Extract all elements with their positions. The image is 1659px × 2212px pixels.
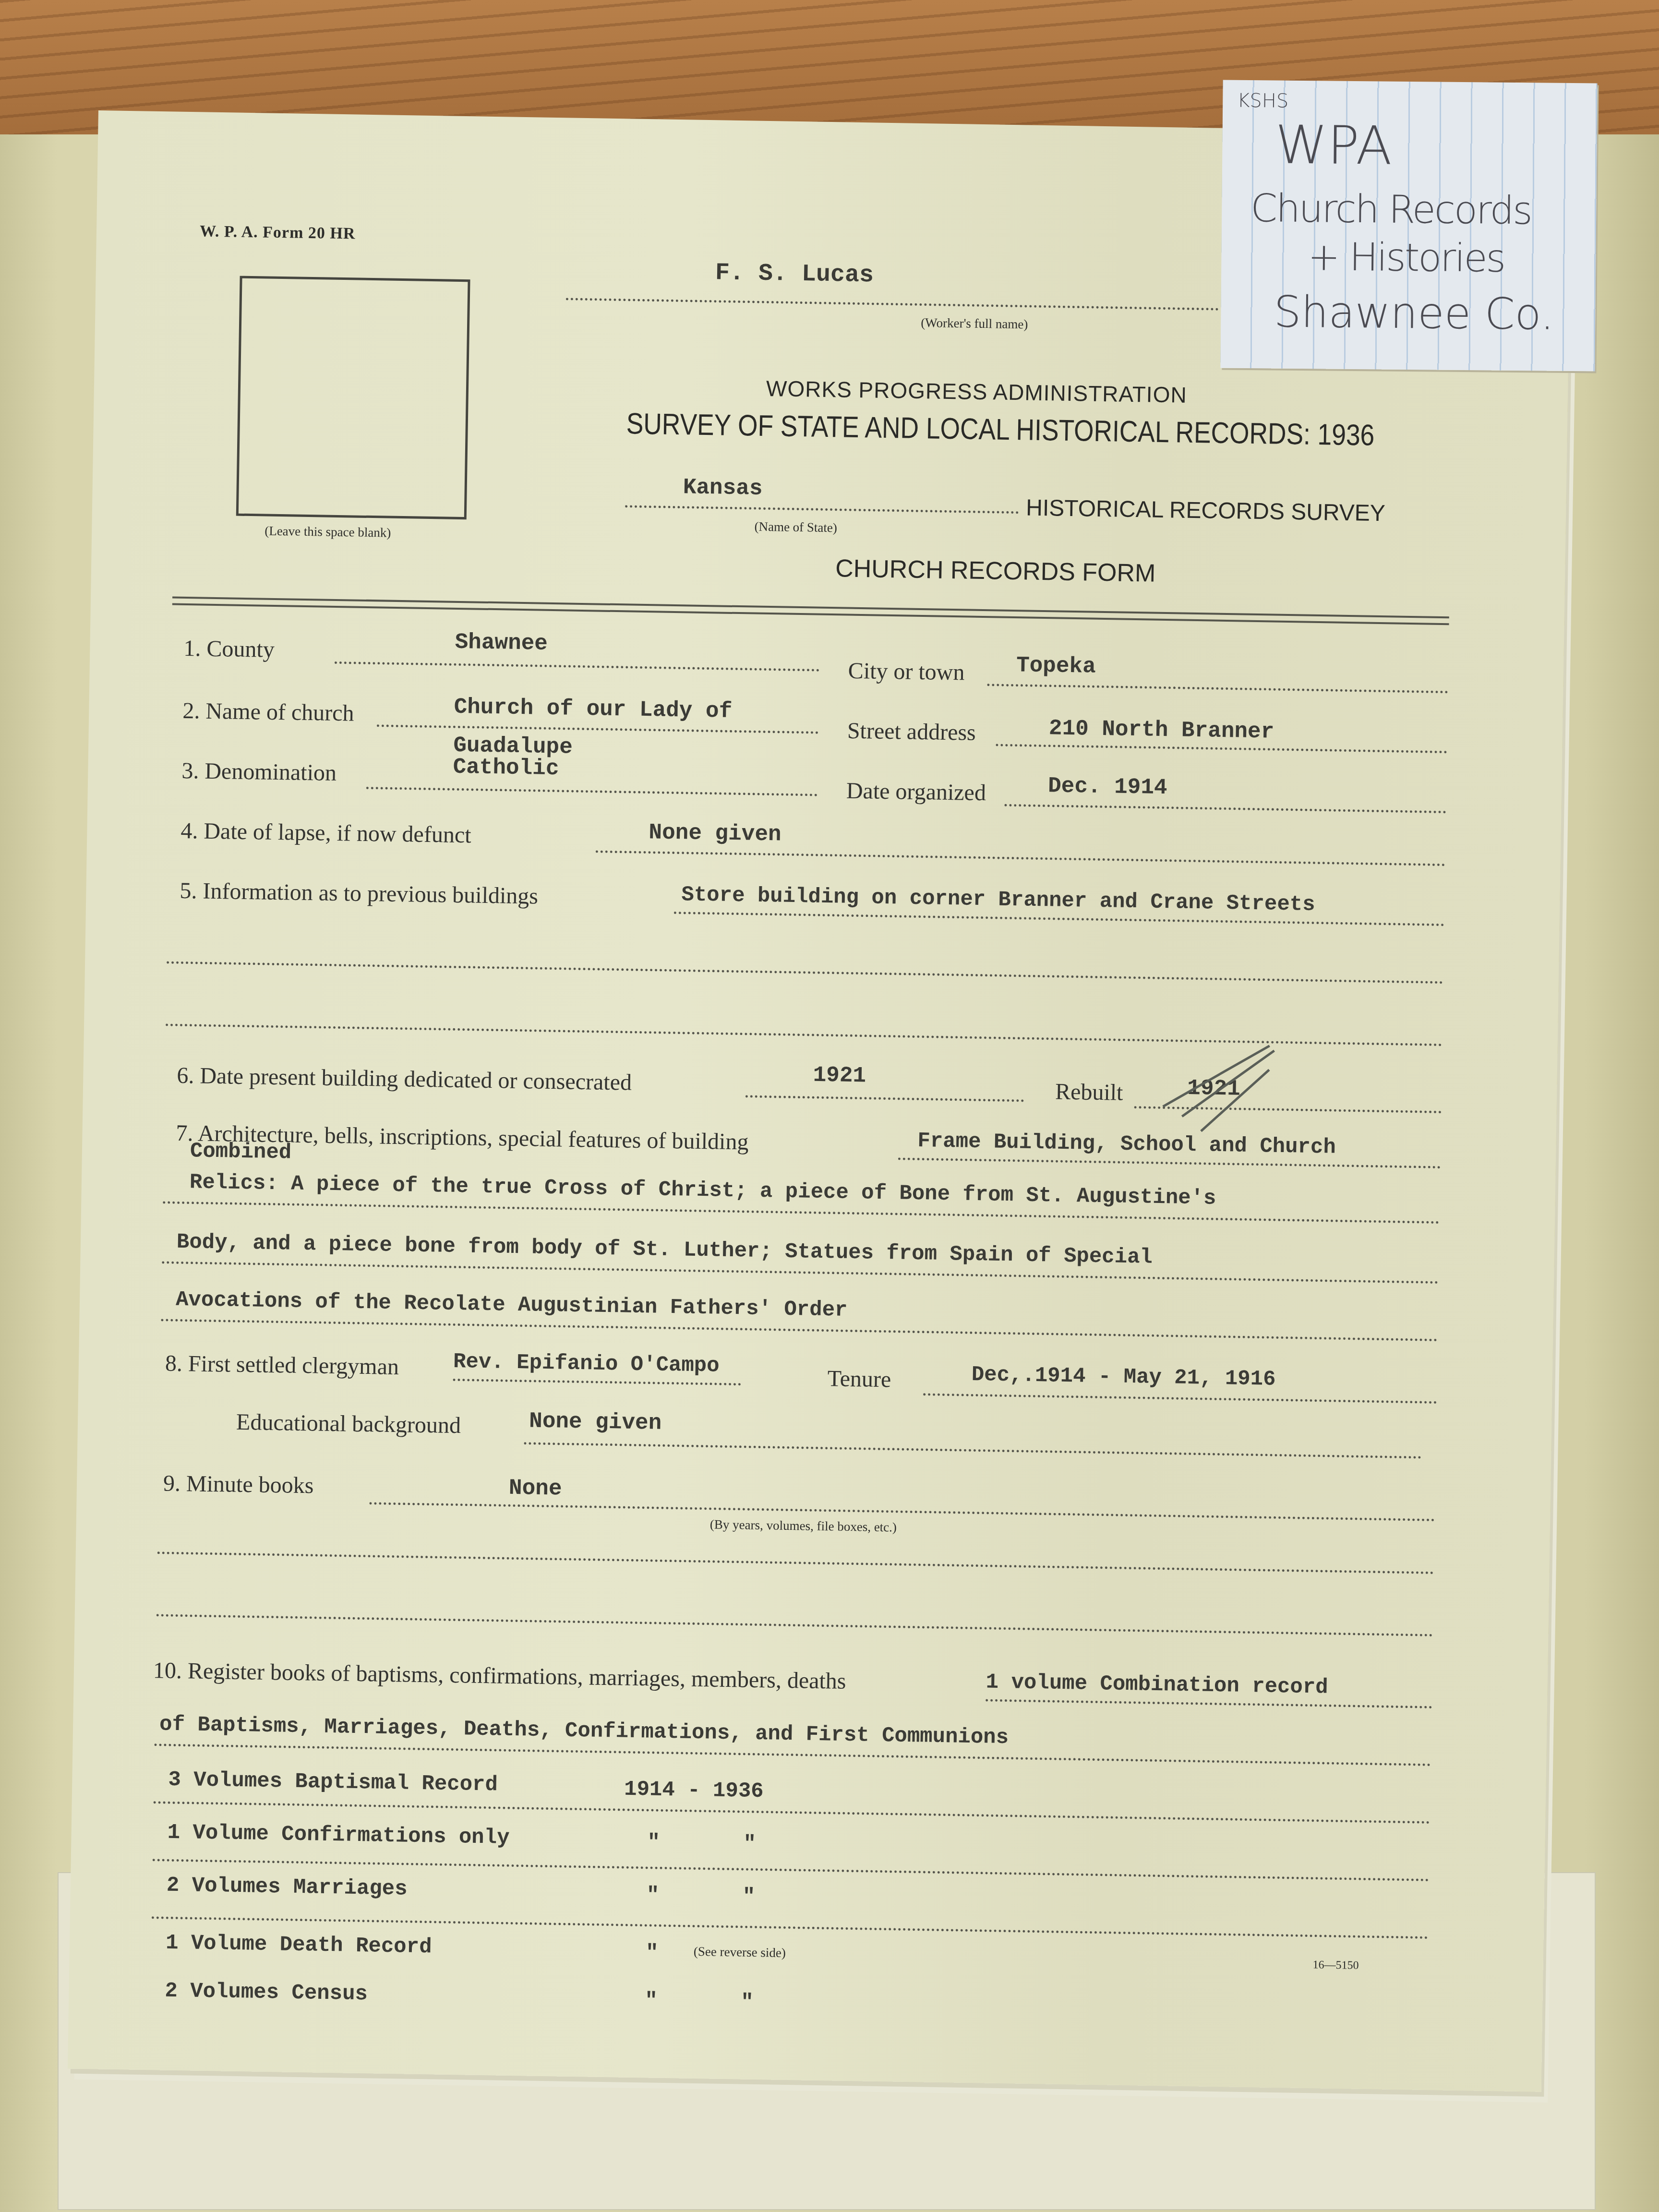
- architecture-line-4: [161, 1319, 1438, 1341]
- form-code: 16—5150: [1312, 1959, 1358, 1972]
- date-organized-value[interactable]: Dec. 1914: [1048, 773, 1167, 800]
- tenure-value[interactable]: Dec,.1914 - May 21, 1916: [971, 1363, 1275, 1392]
- architecture-line: [898, 1157, 1441, 1168]
- denomination-line: [366, 787, 817, 796]
- volume-row-line: [154, 1801, 1431, 1824]
- architecture-line-3: [162, 1261, 1439, 1284]
- minute-books-label: 9. Minute books: [163, 1470, 314, 1499]
- tenure-label: Tenure: [827, 1365, 891, 1393]
- volume-row-desc: 1 Volume Confirmations only: [167, 1821, 510, 1850]
- first-clergyman-value[interactable]: Rev. Epifanio O'Campo: [453, 1350, 720, 1378]
- architecture-line-2: [163, 1201, 1440, 1224]
- volume-row-desc: 2 Volumes Marriages: [167, 1874, 408, 1901]
- first-clergyman-label: 8. First settled clergyman: [165, 1350, 399, 1381]
- city-line: [987, 684, 1448, 693]
- architecture-value-line4[interactable]: Avocations of the Recolate Augustinian F…: [176, 1288, 848, 1322]
- see-reverse-note: (See reverse side): [694, 1944, 786, 1960]
- register-books-value-line2[interactable]: of Baptisms, Marriages, Deaths, Confirma…: [159, 1712, 1009, 1750]
- register-books-line: [986, 1699, 1432, 1708]
- ditto-mark: ": [646, 1883, 659, 1907]
- architecture-value-line1b[interactable]: Combined: [190, 1139, 292, 1165]
- street-line: [996, 744, 1447, 754]
- sticky-note-line: + Histories: [1308, 234, 1505, 281]
- church-name-label: 2. Name of church: [182, 697, 354, 727]
- street-value[interactable]: 210 North Branner: [1049, 716, 1274, 744]
- county-line: [335, 661, 819, 672]
- education-value[interactable]: None given: [529, 1408, 662, 1435]
- register-books-line-2: [154, 1743, 1431, 1766]
- date-organized-label: Date organized: [846, 778, 986, 806]
- date-dedicated-value[interactable]: 1921: [813, 1063, 866, 1089]
- first-clergyman-line: [453, 1379, 741, 1385]
- register-books-label: 10. Register books of baptisms, confirma…: [153, 1657, 846, 1695]
- previous-buildings-label: 5. Information as to previous buildings: [180, 878, 538, 910]
- volume-row-desc: 2 Volumes Census: [165, 1979, 368, 2007]
- church-records-form-sheet: W. P. A. Form 20 HR (Leave this space bl…: [68, 110, 1572, 2092]
- survey-title: SURVEY OF STATE AND LOCAL HISTORICAL REC…: [626, 407, 1375, 452]
- church-name-value-line1[interactable]: Church of our Lady of: [454, 695, 732, 724]
- county-label: 1. County: [183, 635, 275, 663]
- photo-box-caption: (Leave this space blank): [264, 524, 391, 541]
- sticky-note-line: Church Records: [1250, 186, 1531, 233]
- state-caption: (Name of State): [754, 519, 837, 536]
- photo-placeholder-box: [236, 276, 470, 519]
- pencil-strike-mark-icon: [1153, 1039, 1279, 1137]
- previous-buildings-line-2: [167, 961, 1443, 984]
- city-value[interactable]: Topeka: [1016, 653, 1096, 679]
- education-label: Educational background: [236, 1409, 461, 1439]
- ditto-mark: ": [742, 1885, 755, 1909]
- minute-books-line: [369, 1502, 1435, 1521]
- agency-heading: WORKS PROGRESS ADMINISTRATION: [766, 375, 1187, 408]
- date-lapse-line: [596, 850, 1445, 866]
- ditto-mark: ": [645, 1989, 658, 2013]
- previous-buildings-line: [674, 912, 1444, 926]
- ditto-mark: ": [647, 1830, 660, 1854]
- date-organized-line: [1004, 804, 1446, 813]
- worker-name-caption: (Worker's full name): [921, 315, 1028, 332]
- date-lapse-label: 4. Date of lapse, if now defunct: [180, 817, 471, 848]
- minute-books-value[interactable]: None: [509, 1476, 562, 1502]
- worker-name-line: [566, 298, 1219, 310]
- rebuilt-label: Rebuilt: [1055, 1079, 1123, 1106]
- survey-name: HISTORICAL RECORDS SURVEY: [1026, 494, 1385, 527]
- minute-books-caption: (By years, volumes, file boxes, etc.): [710, 1517, 897, 1535]
- state-line: [625, 505, 1019, 514]
- sticky-note-line: Shawnee Co.: [1274, 287, 1554, 340]
- register-books-value-line1[interactable]: 1 volume Combination record: [986, 1670, 1328, 1699]
- denomination-value[interactable]: Catholic: [453, 755, 559, 781]
- volume-row-years: 1914 - 1936: [624, 1778, 764, 1804]
- education-line: [524, 1442, 1421, 1458]
- church-name-line: [377, 724, 818, 733]
- date-dedicated-line: [745, 1095, 1024, 1102]
- county-value[interactable]: Shawnee: [455, 630, 548, 656]
- volume-row-desc: 3 Volumes Baptismal Record: [168, 1768, 498, 1797]
- date-dedicated-label: 6. Date present building dedicated or co…: [177, 1062, 632, 1096]
- ditto-mark: ": [741, 1991, 754, 2015]
- sticky-note-line: KSHS: [1237, 90, 1288, 112]
- worker-name-value: F. S. Lucas: [715, 259, 874, 289]
- minute-books-line-2: [157, 1551, 1434, 1574]
- minute-books-line-3: [156, 1614, 1433, 1636]
- city-label: City or town: [848, 658, 965, 686]
- volume-row-desc: 1 Volume Death Record: [166, 1931, 432, 1960]
- sticky-note-line: WPA: [1275, 114, 1392, 177]
- handwritten-sticky-note: KSHS WPA Church Records + Histories Shaw…: [1220, 80, 1597, 372]
- street-label: Street address: [847, 718, 976, 746]
- tenure-line: [923, 1393, 1437, 1404]
- form-number: W. P. A. Form 20 HR: [200, 222, 356, 243]
- ditto-mark: ": [645, 1941, 658, 1965]
- state-value: Kansas: [683, 475, 762, 501]
- denomination-label: 3. Denomination: [181, 757, 337, 786]
- form-title: CHURCH RECORDS FORM: [835, 554, 1156, 588]
- previous-buildings-value[interactable]: Store building on corner Branner and Cra…: [681, 883, 1315, 917]
- date-lapse-value[interactable]: None given: [649, 820, 781, 847]
- ditto-mark: ": [743, 1832, 756, 1856]
